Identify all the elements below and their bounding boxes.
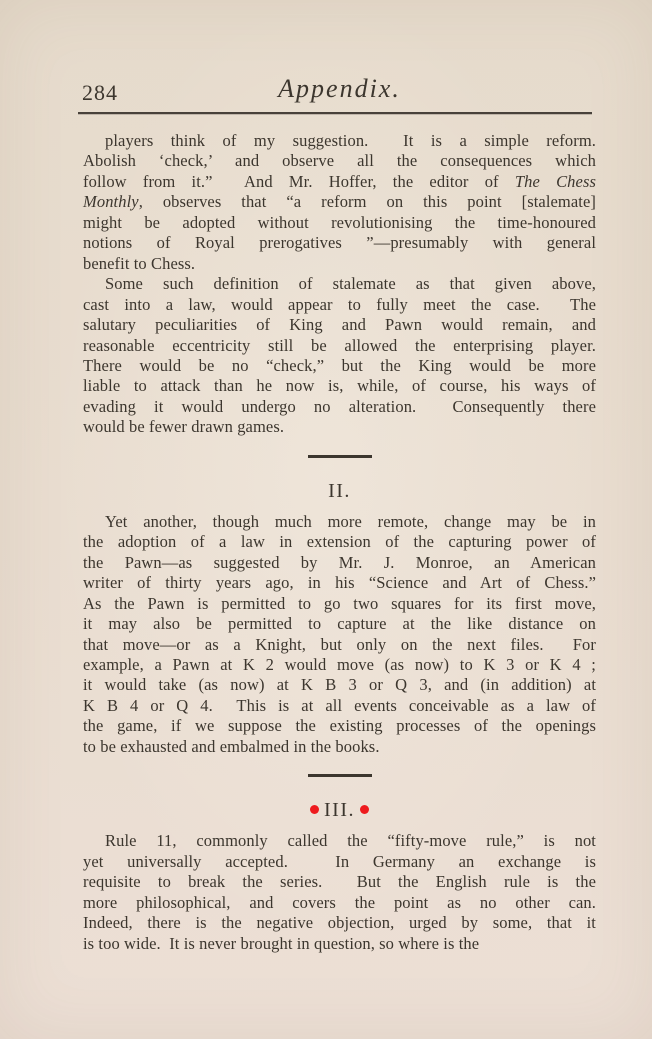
text-line: might be adopted without revolutionising… (83, 213, 596, 233)
section-divider (308, 774, 372, 777)
text-line: Abolish ‘check,’ and observe all the con… (83, 151, 596, 171)
text-line: that move—or as a Knight, but only on th… (83, 635, 596, 655)
book-page: 284 Appendix. players think of my sugges… (0, 0, 652, 1039)
text-line: benefit to Chess. (83, 254, 596, 274)
text-line: it may also be permitted to capture at t… (83, 614, 596, 634)
text-line: requisite to break the series. But the E… (83, 872, 596, 892)
text-line: cast into a law, would appear to fully m… (83, 295, 596, 315)
text-line: There would be no “check,” but the King … (83, 356, 596, 376)
text-line: reasonable eccentricity still be allowed… (83, 336, 596, 356)
text-line: Some such definition of stalemate as tha… (83, 274, 596, 294)
text-line: K B 4 or Q 4. This is at all events conc… (83, 696, 596, 716)
text-line: the game, if we suppose the existing pro… (83, 716, 596, 736)
text-line: players think of my suggestion. It is a … (83, 131, 596, 151)
running-title: Appendix. (83, 74, 596, 104)
text-line: Yet another, though much more remote, ch… (83, 512, 596, 532)
text-line: writer of thirty years ago, in his “Scie… (83, 573, 596, 593)
text-line: to be exhausted and embalmed in the book… (83, 737, 596, 757)
section-heading: III. (83, 799, 596, 821)
plain-text: , observes that “a reform on this point … (139, 192, 596, 211)
text-line: the adoption of a law in extension of th… (83, 532, 596, 552)
section-heading-label: II. (328, 480, 351, 502)
paragraph: Yet another, though much more remote, ch… (83, 512, 596, 757)
text-line: notions of Royal prerogatives ”—presumab… (83, 233, 596, 253)
red-dot-icon (360, 805, 369, 814)
text-line: would be fewer drawn games. (83, 417, 596, 437)
text-line: Indeed, there is the negative objection,… (83, 913, 596, 933)
paragraph: Some such definition of stalemate as tha… (83, 274, 596, 438)
plain-text: follow from it.” And Mr. Hoffer, the edi… (83, 172, 515, 191)
text-line: the Pawn—as suggested by Mr. J. Monroe, … (83, 553, 596, 573)
section-heading: II. (83, 480, 596, 502)
text-line: salutary peculiarities of King and Pawn … (83, 315, 596, 335)
section-divider (308, 455, 372, 458)
red-dot-icon (310, 805, 319, 814)
header-rule (78, 112, 592, 114)
text-line: liable to attack than he now is, while, … (83, 376, 596, 396)
text-line: it would take (as now) at K B 3 or Q 3, … (83, 675, 596, 695)
text-line: example, a Pawn at K 2 would move (as no… (83, 655, 596, 675)
italic-text: The Chess (515, 172, 596, 191)
text-line: Rule 11, commonly called the “fifty-move… (83, 831, 596, 851)
paragraph: players think of my suggestion. It is a … (83, 131, 596, 274)
text-line: evading it would undergo no alteration. … (83, 397, 596, 417)
italic-text: Monthly (83, 192, 139, 211)
text-line: As the Pawn is permitted to go two squar… (83, 594, 596, 614)
paragraph: Rule 11, commonly called the “fifty-move… (83, 831, 596, 954)
page-content: players think of my suggestion. It is a … (83, 131, 596, 954)
text-line: more philosophical, and covers the point… (83, 893, 596, 913)
text-line: yet universally accepted. In Germany an … (83, 852, 596, 872)
text-line: follow from it.” And Mr. Hoffer, the edi… (83, 172, 596, 192)
text-line: is too wide. It is never brought in ques… (83, 934, 596, 954)
section-heading-label: III. (324, 799, 355, 821)
text-line: Monthly, observes that “a reform on this… (83, 192, 596, 212)
